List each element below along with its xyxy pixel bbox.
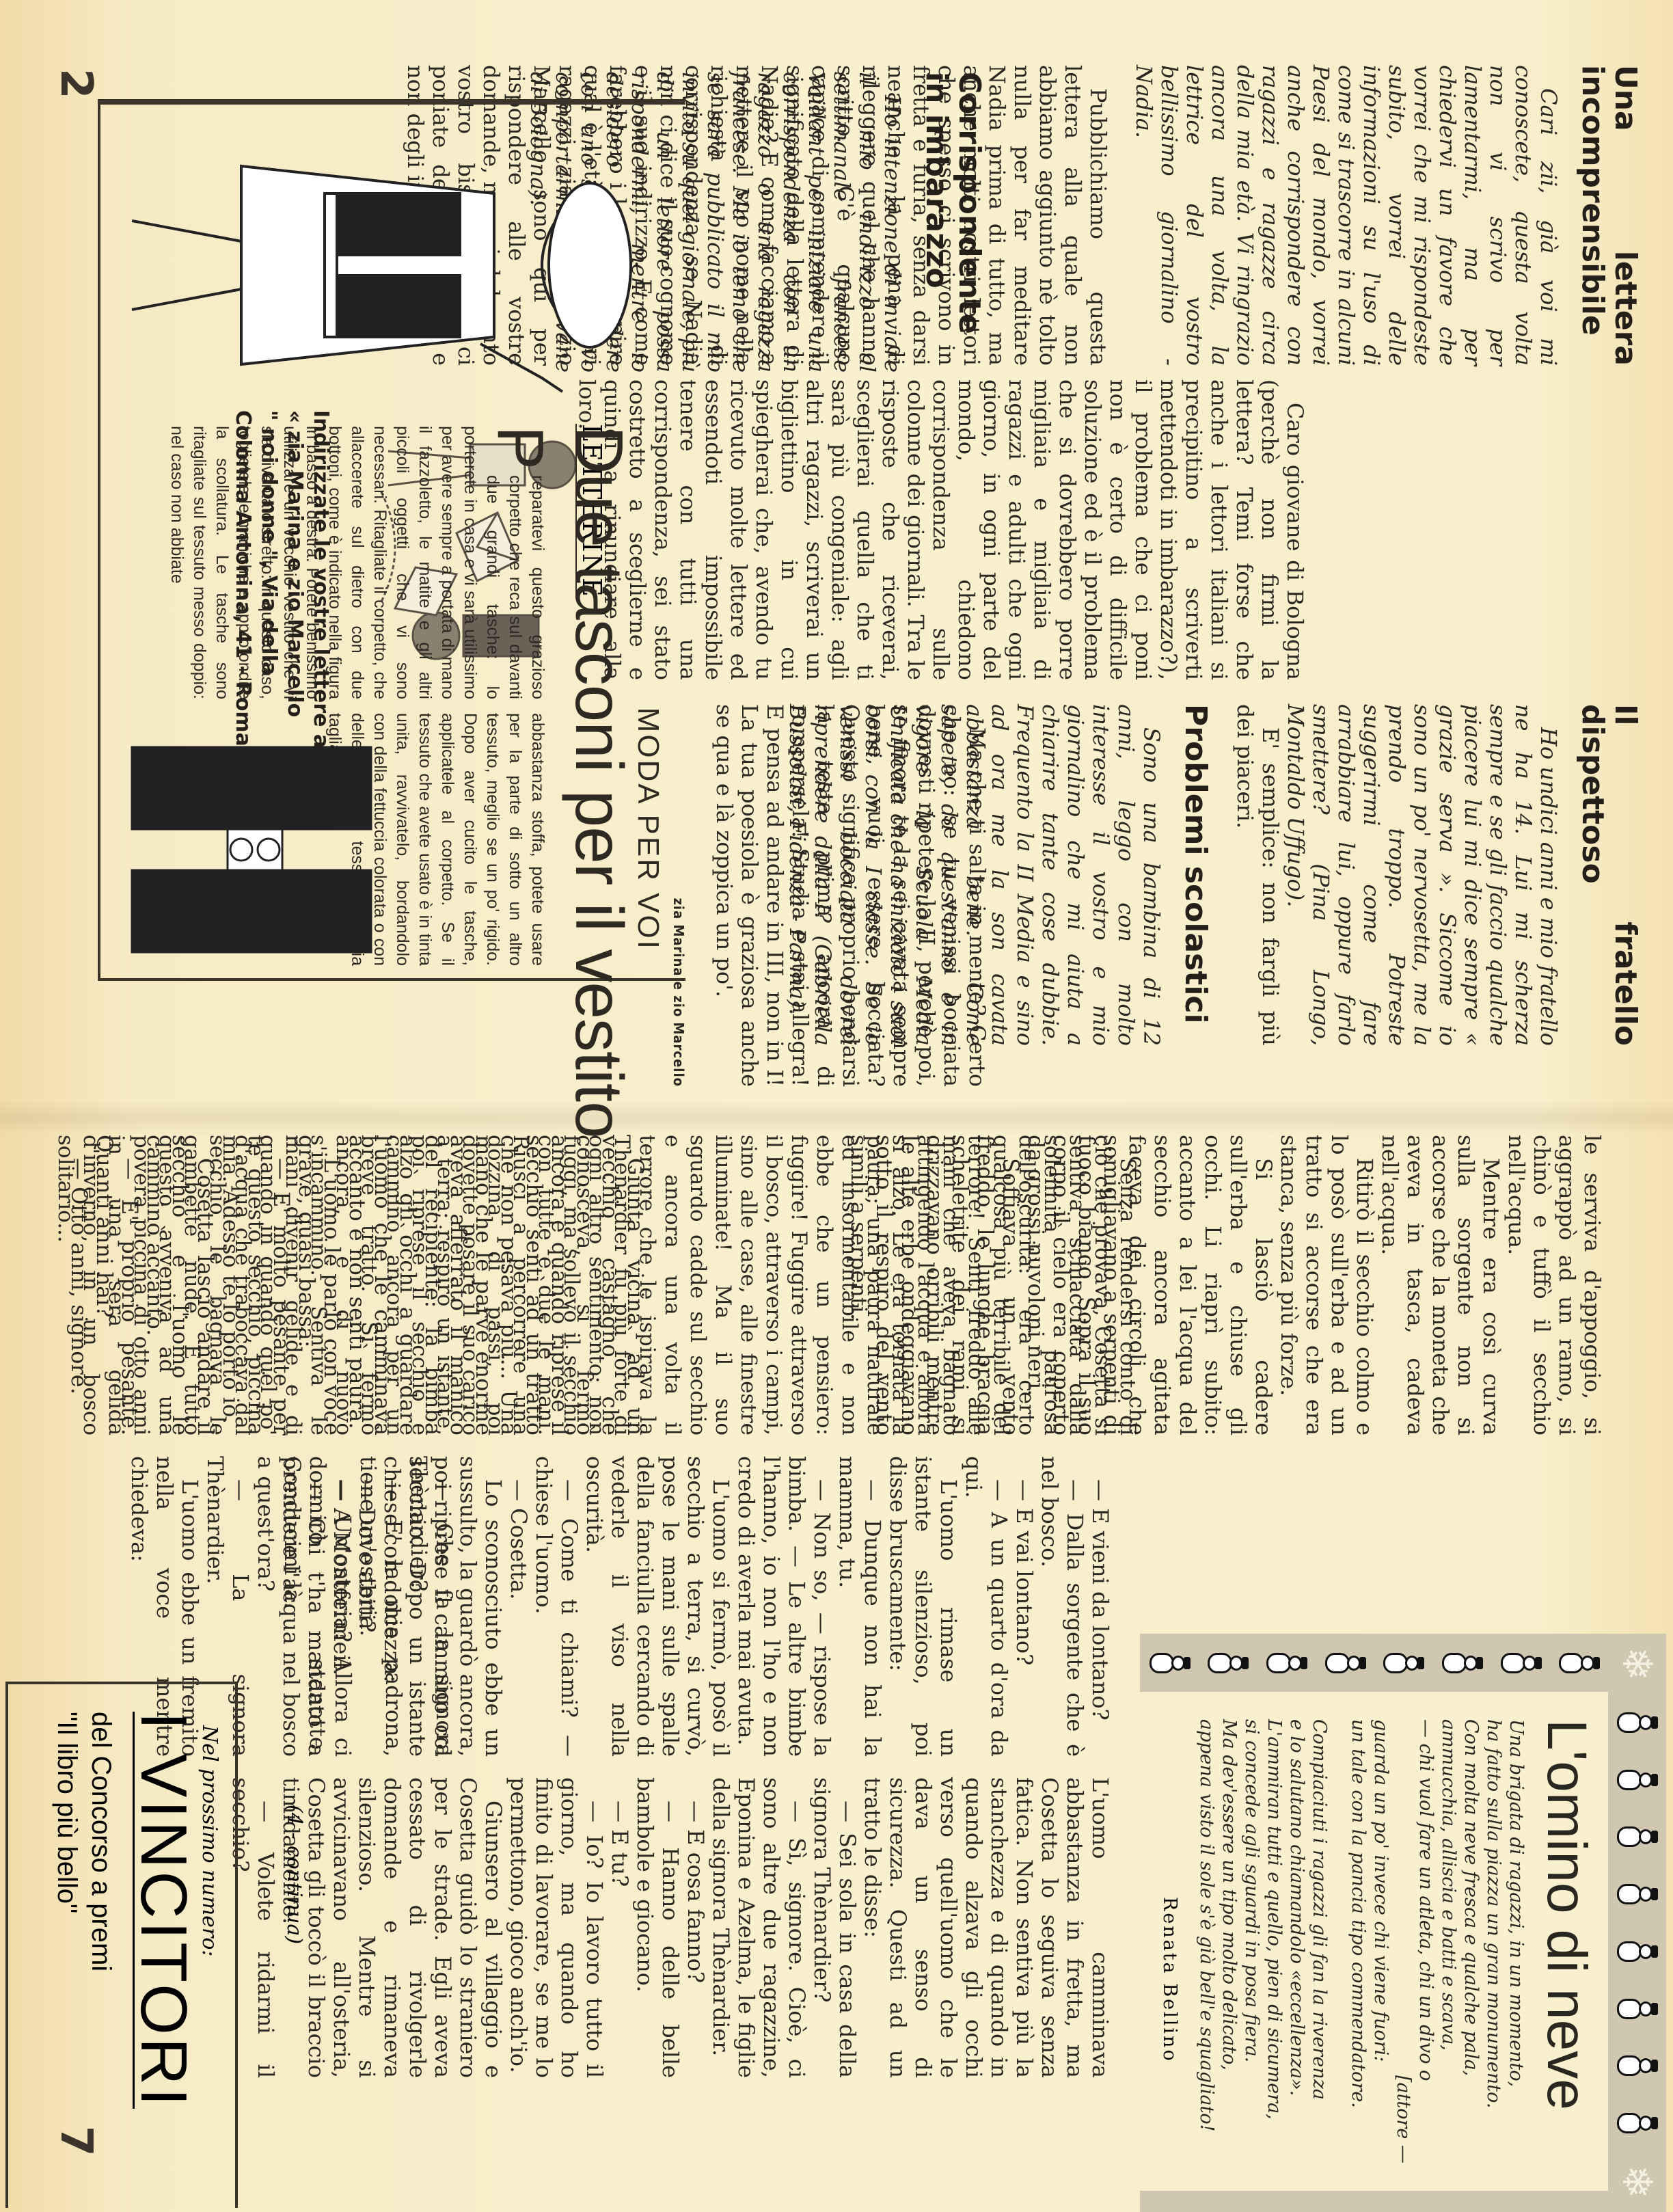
poem-title: L'omino di neve: [1534, 1719, 1599, 2191]
story-column-6: L'uomo camminava abbastanza in fretta, m…: [228, 1777, 1113, 2078]
letter-fratello: Ho undici anni e mio fratello ne ha 14. …: [1283, 704, 1561, 1046]
fashion-dropcap: P: [491, 426, 549, 470]
heading-problemi: Problemi scolastici: [1179, 704, 1212, 1046]
snowman-icon: [1616, 1993, 1659, 2025]
snowman-icon: [1206, 1647, 1249, 1679]
snowman-icon: [1382, 1647, 1424, 1679]
snowman-icon: [1616, 1821, 1659, 1852]
reply-fratello: E' semplice: non fargli più dei piaceri.: [1232, 704, 1283, 1046]
snowman-icon: [1616, 2050, 1659, 2081]
fashion-text-col1: Preparatevi questo grazioso corpetto che…: [165, 426, 549, 699]
next-issue-box: Nel prossimo numero: I VINCITORI del Con…: [5, 1682, 238, 2208]
snowman-icon: [1616, 1936, 1659, 1967]
letter-nadia: Cari zii, già voi mi conoscete, questa v…: [1131, 65, 1561, 366]
poem-panel: L'omino di neve Una brigata di ragazzi, …: [1137, 1692, 1608, 2191]
next-issue-headline: I VINCITORI: [129, 1712, 198, 2208]
magazine-spread-rotated: 2 7 Una lettera incomprensibile Cari zii…: [0, 0, 1673, 2212]
story-continued: (4 - continua): [282, 1805, 306, 1944]
letters-column-5: Ma che ti salta in mente? Certo che no: …: [666, 704, 990, 1087]
poem-author: Renata Bellino: [1159, 1897, 1180, 2191]
snowman-border-left: [1140, 1634, 1608, 1692]
next-issue-subline1: del Concorso a premi: [84, 1712, 118, 2208]
snowman-icon: [1616, 1707, 1659, 1738]
heading-corrispondente: Corrispondente in imbarazzo: [920, 72, 985, 373]
poem-box: ❄ ❄ L'omino di neve Una brigata di r: [1140, 1634, 1666, 2212]
snowflake-icon: ❄: [1617, 2165, 1658, 2199]
snowman-icon: [1324, 1647, 1366, 1679]
girl-dress-illustration: [118, 118, 665, 412]
story-column-4: — E vieni da lontano? — Dalla sorgente c…: [126, 1456, 1113, 1757]
snowflake-icon: ❄: [1617, 1647, 1658, 1681]
snowman-icon: [1441, 1647, 1483, 1679]
poem-lines: Una brigata di ragazzi, in un momento, h…: [1195, 1719, 1527, 2191]
bodice-pattern-illustration: [118, 727, 385, 973]
reply-problemi: Ma che ti salta in mente? Certo che no: …: [711, 704, 990, 1087]
snowman-icon: [1616, 2107, 1659, 2139]
snowman-icon: [1558, 1647, 1600, 1679]
story-column-5: — Che fa la signora Thènardier? — E' la …: [280, 1456, 457, 1757]
fashion-title: Due tasconi per il vestito: [560, 426, 638, 1138]
page-gutter: [0, 1101, 1673, 1135]
page-number-left: 2: [51, 68, 101, 99]
story-column-3: Giunta vicina ad un vecchio castagno che…: [33, 1135, 648, 1435]
next-issue-intro: Nel prossimo numero:: [198, 1725, 221, 2208]
heading-fratello: Il fratello dispettoso: [1576, 704, 1642, 1046]
snowman-border-top: ❄ ❄: [1608, 1634, 1666, 2212]
heading-una-lettera: Una lettera incomprensibile: [1576, 65, 1642, 366]
snowman-icon: [1265, 1647, 1307, 1679]
next-issue-subline2: "Il libro più bello": [50, 1712, 84, 2208]
snowman-icon: [1616, 1764, 1659, 1796]
snowman-icon: [1499, 1647, 1542, 1679]
snowman-icon: [1616, 1878, 1659, 1910]
fashion-box: MODA PER VOI Due tasconi per il vestito …: [98, 99, 685, 981]
snowman-icon: [1148, 1647, 1191, 1679]
snowman-border-right: [1140, 2191, 1608, 2212]
